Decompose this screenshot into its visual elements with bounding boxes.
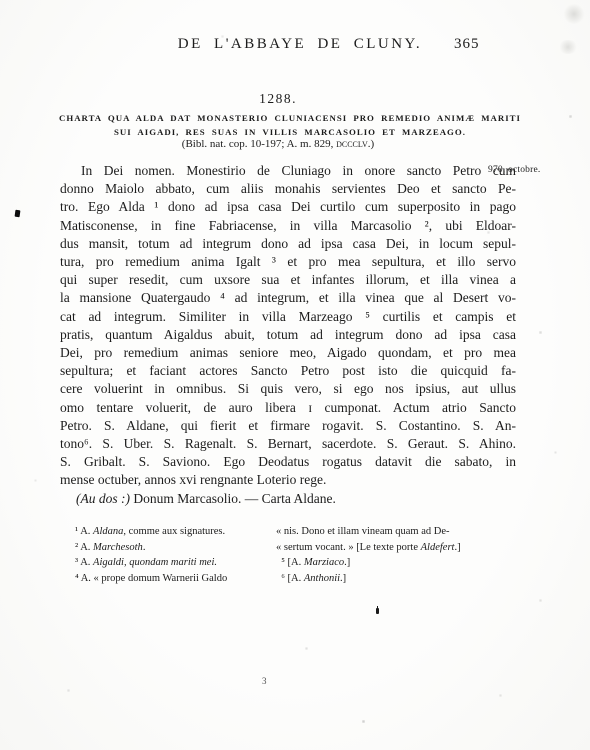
- text-line: ³ A. Aigaldi, quondam mariti mei.: [75, 555, 276, 571]
- scanned-book-page: DE L'ABBAYE DE CLUNY. 365 1288. CHARTA Q…: [0, 0, 590, 750]
- footnotes: ¹ A. Aldana, comme aux signatures.² A. M…: [63, 524, 515, 586]
- text-line: « sertum vocant. » [Le texte porte Aldef…: [276, 540, 515, 556]
- text-fragment: (Au dos :): [76, 491, 130, 506]
- text-line: (Au dos :) Donum Marcasolio. — Carta Ald…: [60, 490, 516, 508]
- charter-number: 1288.: [50, 91, 506, 107]
- body-paragraph: In Dei nomen. Monestirio de Cluniago in …: [60, 162, 516, 490]
- charter-heading-line1: CHARTA QUA ALDA DAT MONASTERIO CLUNIACEN…: [45, 112, 535, 126]
- text-fragment: Petro. S. Aldane, qui fierit et firmare …: [60, 418, 516, 433]
- text-fragment: dccclv: [336, 138, 368, 150]
- text-fragment: ⁶ [A.: [276, 573, 304, 584]
- text-line: S. Gribalt. S. Saviono. Ego Deodatus rog…: [60, 453, 516, 471]
- text-fragment: .): [368, 138, 374, 150]
- text-fragment: ⁴ A. « prope domum Warnerii Galdo: [75, 573, 227, 584]
- text-fragment: Aldefert: [421, 542, 455, 553]
- footnote-column-right: « nis. Dono et illam vineam quam ad De-«…: [276, 524, 515, 586]
- text-line: sepultura; et faciant actores Sancto Pet…: [60, 362, 516, 380]
- text-fragment: Aigaldi, quondam mariti mei.: [93, 557, 217, 568]
- text-fragment: sepultura; et faciant actores Sancto Pet…: [60, 363, 516, 378]
- text-fragment: S. Gribalt. S. Saviono. Ego Deodatus rog…: [60, 454, 516, 469]
- text-fragment: (Bibl. nat. cop. 10-197; A. m. 829,: [182, 138, 336, 150]
- text-line: la mansione Quatergaudo ⁴ ad integrum, e…: [60, 289, 516, 307]
- text-line: tro. Ego Alda ¹ dono ad ipsa casa Dei cu…: [60, 198, 516, 216]
- text-line: tura, pro remedium anima Igalt ³ et pro …: [60, 253, 516, 271]
- text-line: cere voluerint in omnibus. Si quis vero,…: [60, 380, 516, 398]
- text-fragment: cere voluerint in omnibus. Si quis vero,…: [60, 381, 516, 396]
- text-fragment: In Dei nomen. Monestirio de Cluniago in …: [81, 163, 516, 178]
- text-fragment: mense octuber, annos xvi rengnante Loter…: [60, 472, 326, 487]
- text-line: ⁵ [A. Marziaco.]: [276, 555, 515, 571]
- text-fragment: Anthonii: [304, 573, 340, 584]
- text-fragment: ³ A.: [75, 557, 93, 568]
- text-fragment: , comme aux signatures.: [123, 526, 225, 537]
- text-fragment: Aldana: [93, 526, 123, 537]
- text-fragment: qui super resedit, cum uxsore sua et inf…: [60, 272, 516, 287]
- text-fragment: tura, pro remedium anima Igalt ³ et pro …: [60, 254, 516, 269]
- text-fragment: cat ad integrum. Similiter in villa Marz…: [60, 309, 516, 324]
- text-fragment: Dei, pro remedium animas seniore meo, Ai…: [60, 345, 516, 360]
- paper-noise-artifact: [0, 0, 1, 1]
- text-line: cat ad integrum. Similiter in villa Marz…: [60, 308, 516, 326]
- text-line: « nis. Dono et illam vineam quam ad De-: [276, 524, 515, 540]
- charter-body: In Dei nomen. Monestirio de Cluniago in …: [60, 162, 516, 508]
- text-fragment: « sertum vocant. » [Le texte porte: [276, 542, 421, 553]
- footnote-column-left: ¹ A. Aldana, comme aux signatures.² A. M…: [63, 524, 276, 586]
- scan-smudge-artifact: [558, 40, 578, 54]
- scan-smudge-artifact: [563, 4, 585, 24]
- source-citation: (Bibl. nat. cop. 10-197; A. m. 829, dccc…: [50, 138, 506, 150]
- text-fragment: dus mansit, totum ad integrum dono ad ip…: [60, 236, 516, 251]
- text-line: tono⁶. S. Uber. S. Ragenalt. S. Bernart,…: [60, 435, 516, 453]
- text-fragment: Marchesoth: [93, 542, 143, 553]
- text-fragment: ¹ A.: [75, 526, 93, 537]
- text-line: In Dei nomen. Monestirio de Cluniago in …: [60, 162, 516, 180]
- text-line: mense octuber, annos xvi rengnante Loter…: [60, 471, 516, 489]
- ink-speck-artifact: [376, 608, 379, 614]
- au-dos-line: (Au dos :) Donum Marcasolio. — Carta Ald…: [60, 490, 516, 508]
- text-fragment: « nis. Dono et illam vineam quam ad De-: [276, 526, 450, 537]
- text-fragment: Matisconense, in fine Fabriacense, in vi…: [60, 218, 516, 233]
- text-line: pratis, quantum Aigaldus abuit, totum ad…: [60, 326, 516, 344]
- text-line: ¹ A. Aldana, comme aux signatures.: [75, 524, 276, 540]
- text-fragment: tro. Ego Alda ¹ dono ad ipsa casa Dei cu…: [60, 199, 516, 214]
- text-line: ⁶ [A. Anthonii.]: [276, 571, 515, 587]
- text-line: Matisconense, in fine Fabriacense, in vi…: [60, 217, 516, 235]
- text-fragment: pratis, quantum Aigaldus abuit, totum ad…: [60, 327, 516, 342]
- text-fragment: .]: [340, 573, 346, 584]
- text-fragment: .]: [454, 542, 460, 553]
- text-fragment: .: [143, 542, 146, 553]
- charter-heading: CHARTA QUA ALDA DAT MONASTERIO CLUNIACEN…: [45, 112, 535, 139]
- text-fragment: la mansione Quatergaudo ⁴ ad integrum, e…: [60, 290, 516, 305]
- text-fragment: ⁵ [A.: [276, 557, 304, 568]
- text-fragment: donno Maiolo abbato, cum aliis monahis s…: [60, 181, 516, 196]
- page-number: 365: [454, 36, 480, 53]
- text-line: ⁴ A. « prope domum Warnerii Galdo: [75, 571, 276, 587]
- text-fragment: omo tentare voluerit, de auro libera ɪ c…: [60, 400, 516, 415]
- text-line: qui super resedit, cum uxsore sua et inf…: [60, 271, 516, 289]
- text-fragment: Donum Marcasolio. — Carta Aldane.: [130, 491, 336, 506]
- text-line: dus mansit, totum ad integrum dono ad ip…: [60, 235, 516, 253]
- text-fragment: .]: [344, 557, 350, 568]
- ink-speck-artifact: [15, 210, 21, 218]
- text-line: Petro. S. Aldane, qui fierit et firmare …: [60, 417, 516, 435]
- text-fragment: Marziaco: [304, 557, 344, 568]
- text-fragment: tono⁶. S. Uber. S. Ragenalt. S. Bernart,…: [60, 436, 516, 451]
- text-fragment: ² A.: [75, 542, 93, 553]
- text-line: ² A. Marchesoth.: [75, 540, 276, 556]
- text-line: omo tentare voluerit, de auro libera ɪ c…: [60, 399, 516, 417]
- text-line: donno Maiolo abbato, cum aliis monahis s…: [60, 180, 516, 198]
- stray-print-mark: 3: [262, 676, 267, 686]
- text-line: (Bibl. nat. cop. 10-197; A. m. 829, dccc…: [50, 138, 506, 150]
- text-line: Dei, pro remedium animas seniore meo, Ai…: [60, 344, 516, 362]
- charter-heading-line2: SUI AIGADI, RES SUAS IN VILLIS MARCASOLI…: [45, 126, 535, 140]
